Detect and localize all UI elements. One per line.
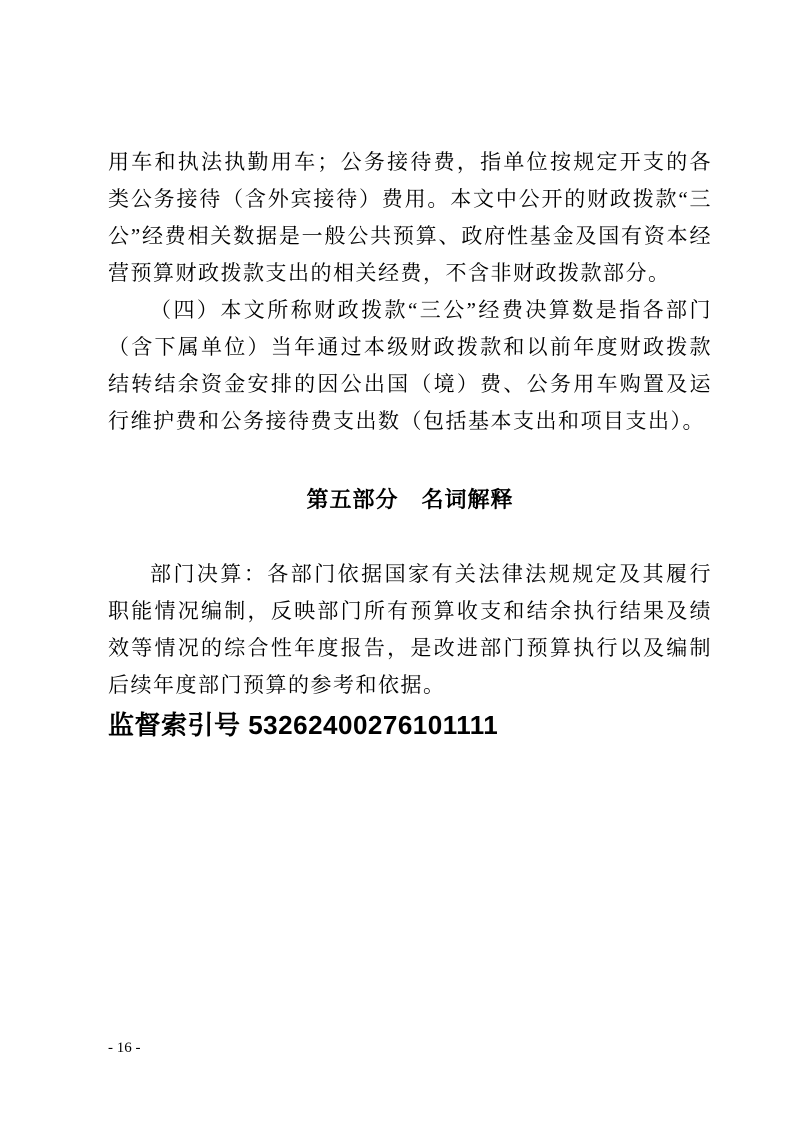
supervision-index-line: 监督索引号 53262400276101111 [108, 706, 712, 744]
section-heading: 第五部分 名词解释 [108, 481, 712, 518]
page-number: - 16 - [108, 1038, 141, 1058]
paragraph-item-four: （四）本文所称财政拨款“三公”经费决算数是指各部门（含下属单位）当年通过本级财政… [108, 292, 712, 440]
document-content: 用车和执法执勤用车；公务接待费，指单位按规定开支的各类公务接待（含外宾接待）费用… [108, 144, 712, 744]
paragraph-continuation: 用车和执法执勤用车；公务接待费，指单位按规定开支的各类公务接待（含外宾接待）费用… [108, 144, 712, 292]
paragraph-definition: 部门决算：各部门依据国家有关法律法规规定及其履行职能情况编制，反映部门所有预算收… [108, 556, 712, 704]
document-page: 用车和执法执勤用车；公务接待费，指单位按规定开支的各类公务接待（含外宾接待）费用… [0, 0, 793, 1122]
